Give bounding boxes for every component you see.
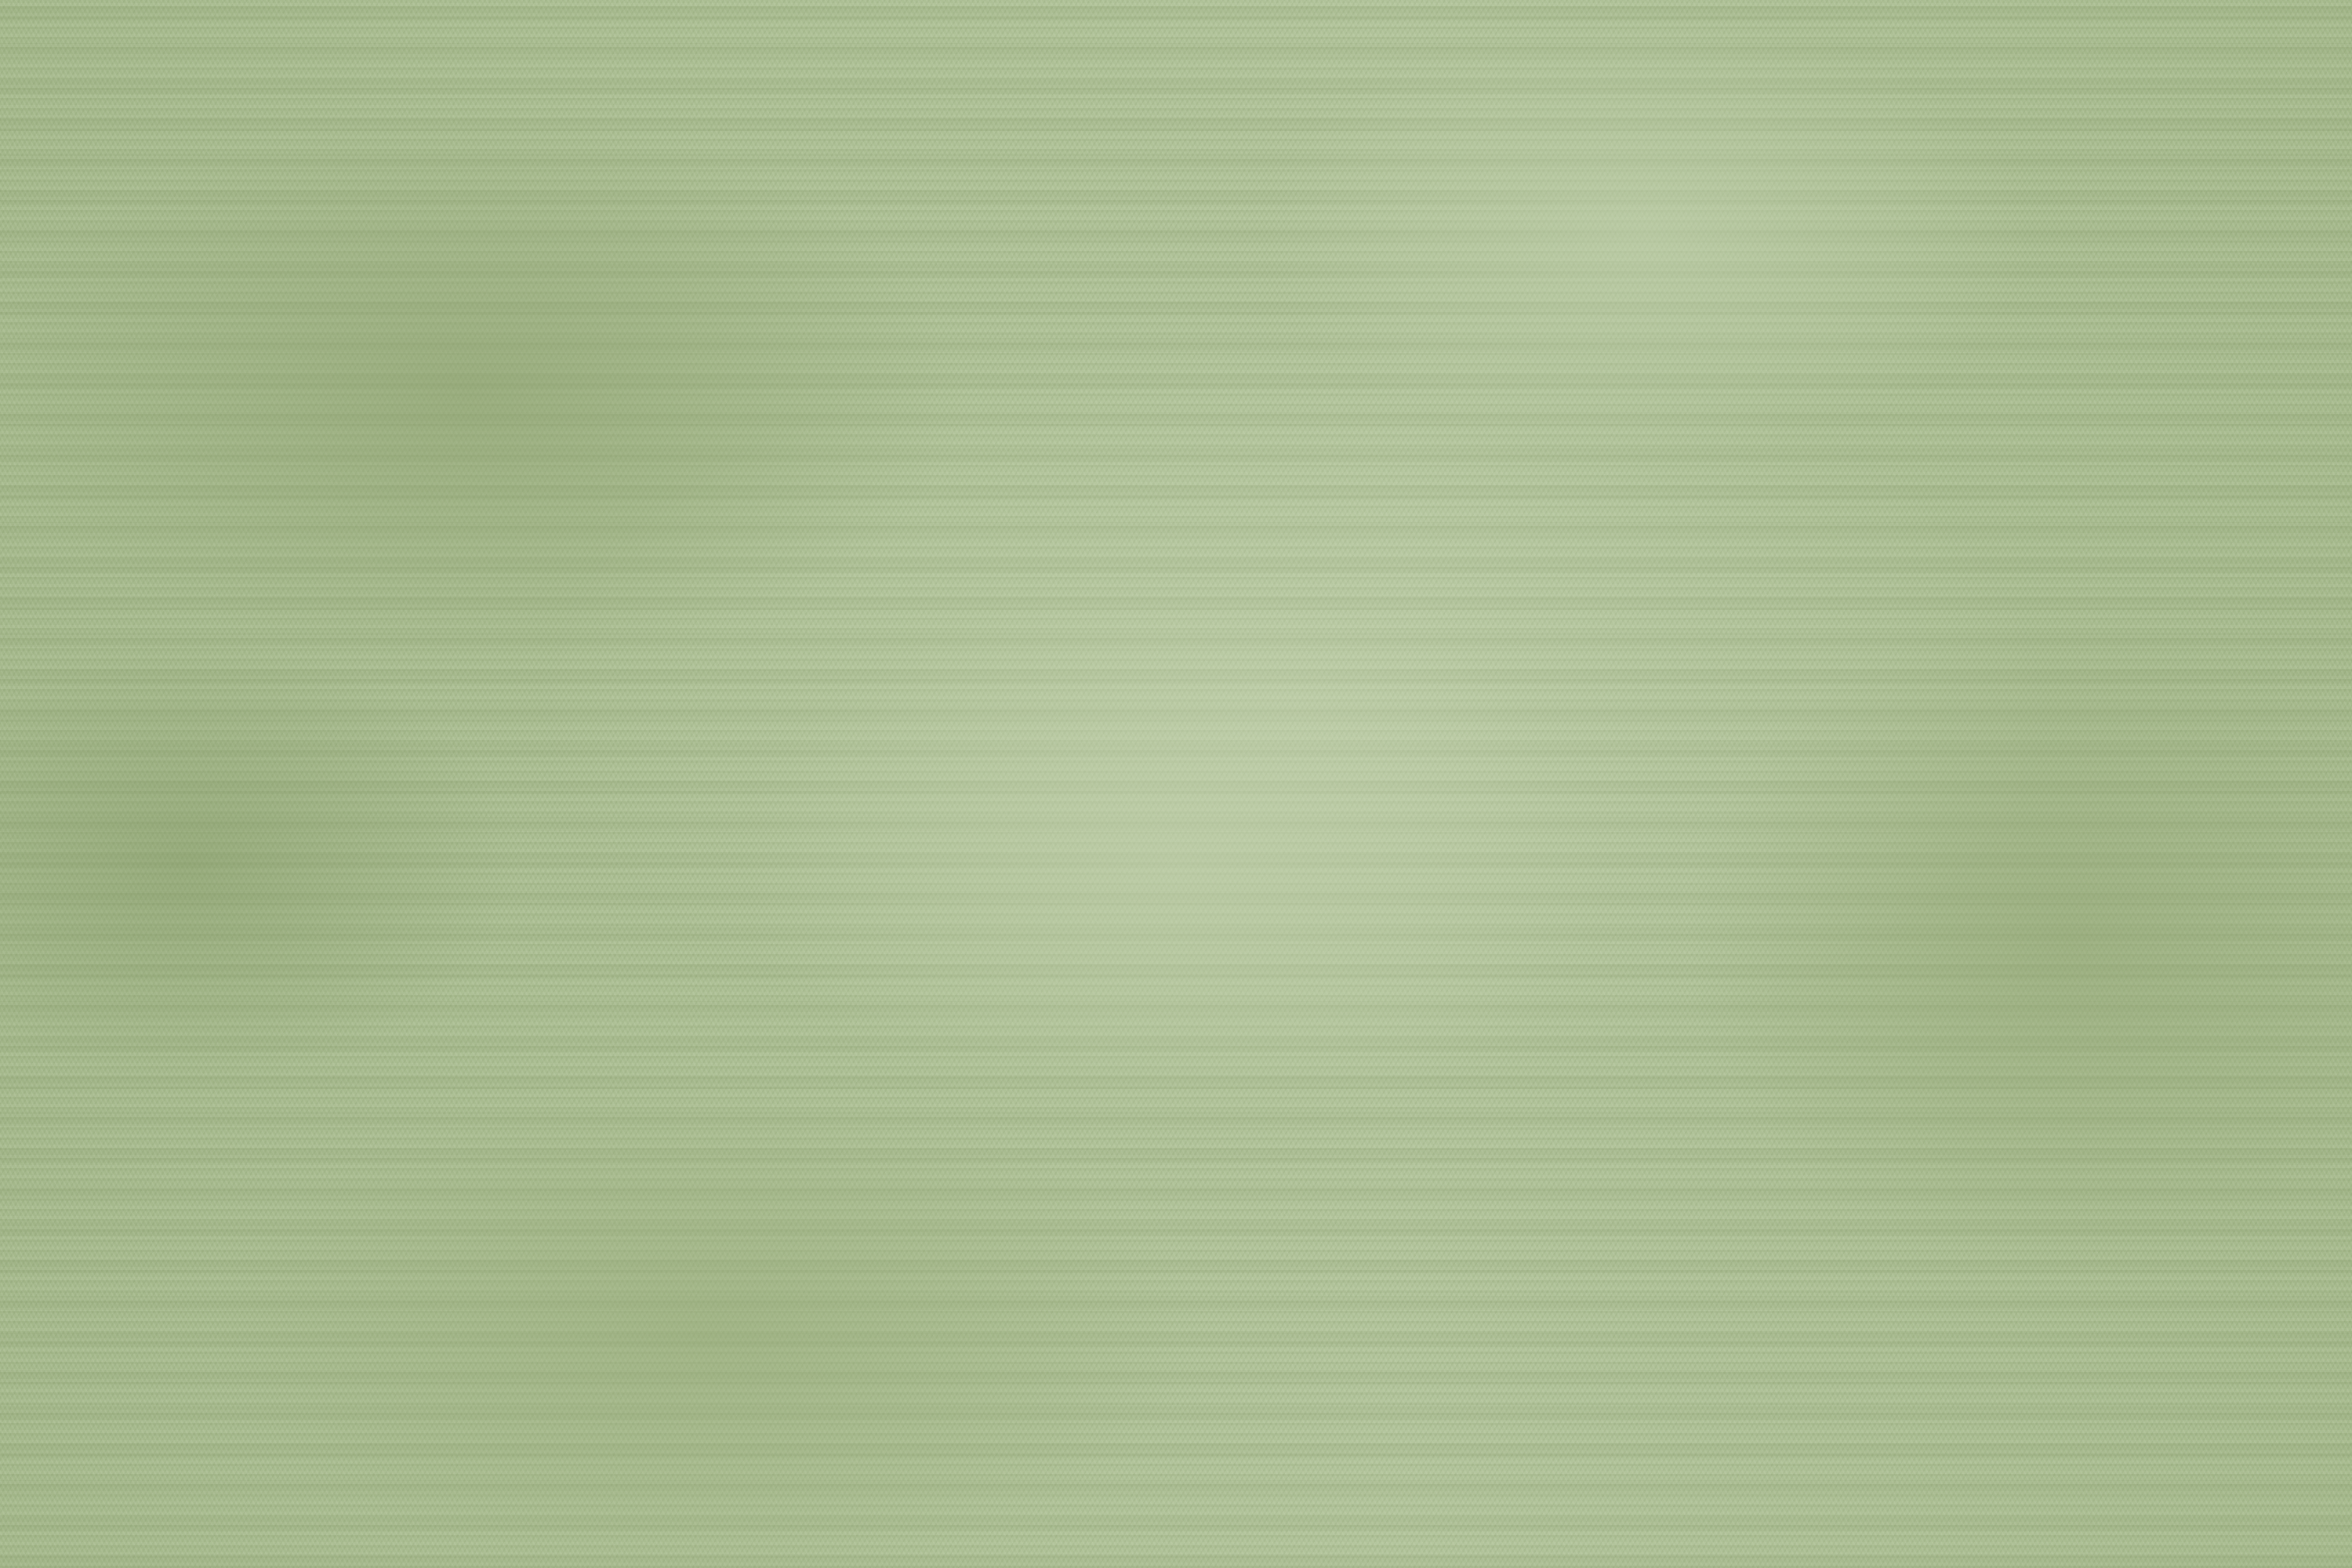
green-carpet-texture bbox=[0, 0, 2352, 1568]
